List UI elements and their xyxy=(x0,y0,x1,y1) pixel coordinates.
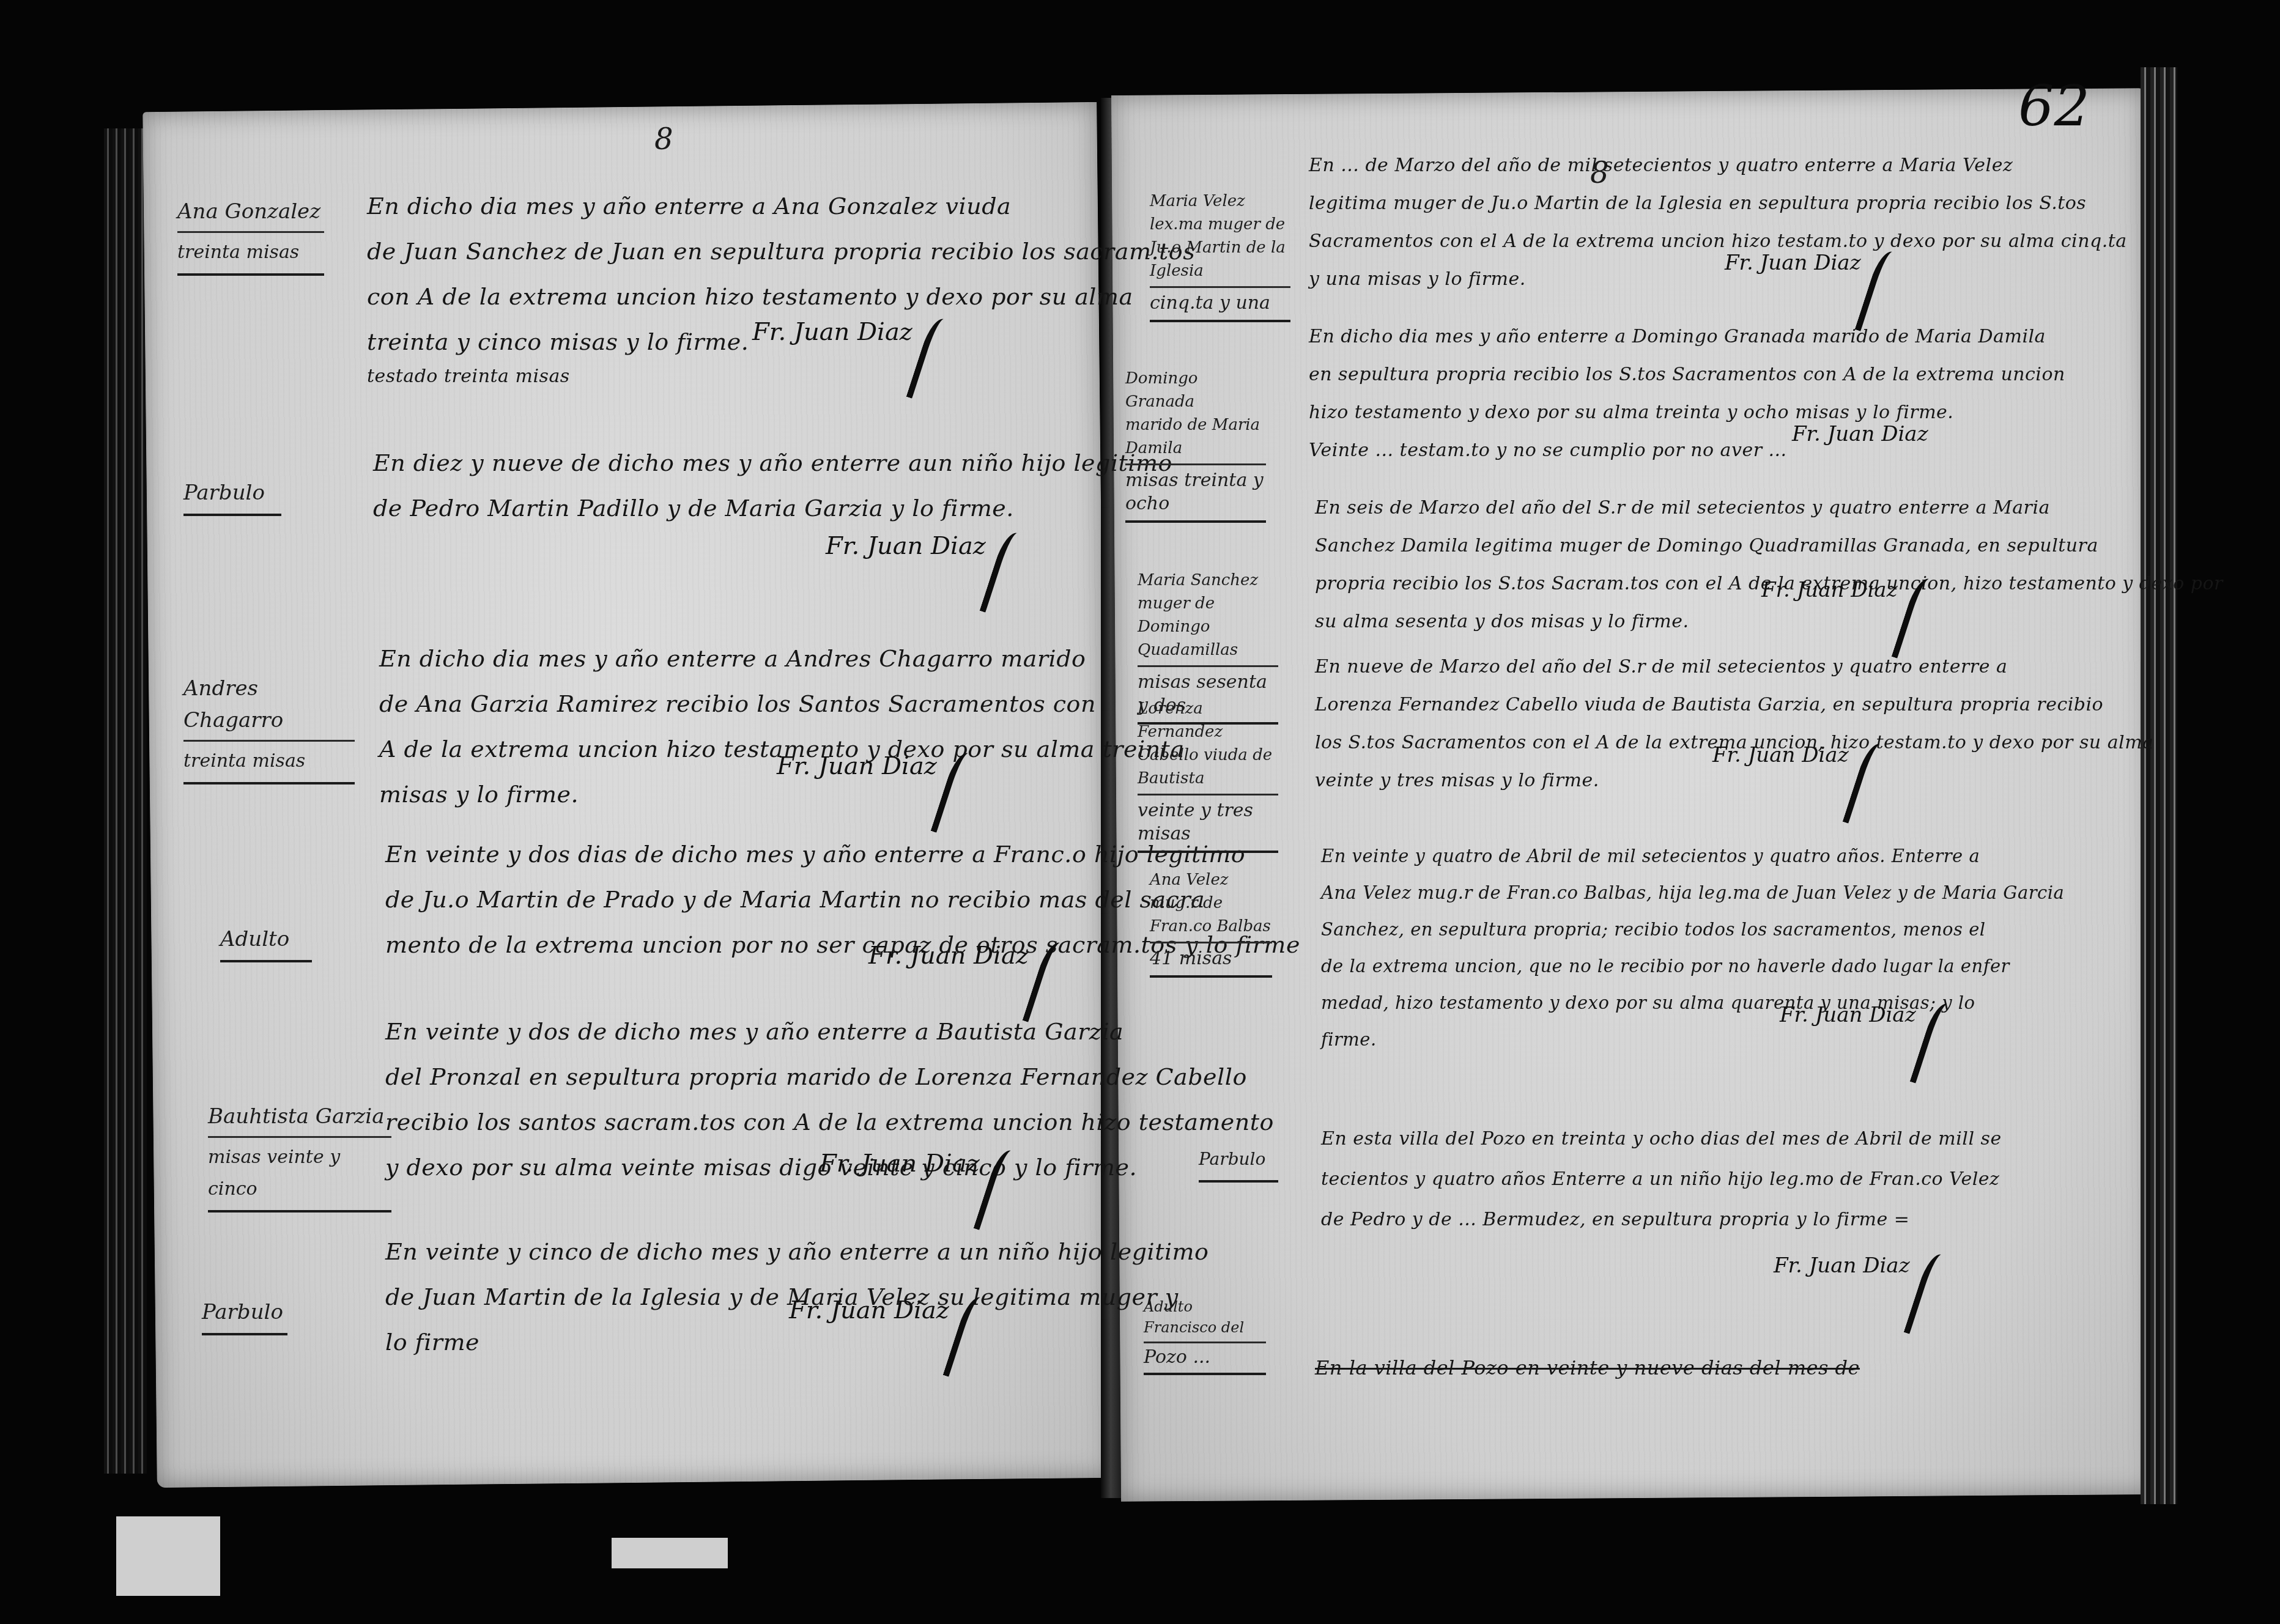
margin-note: Maria Velez lex.ma muger de Ju.o Martin … xyxy=(1150,190,1290,322)
margin-detail: Pozo ... xyxy=(1144,1342,1266,1368)
margin-name: Domingo Granada xyxy=(1125,369,1198,411)
burial-entry: En dicho dia mes y año enterre a Domingo… xyxy=(1309,318,2065,470)
entry-line: Veinte ... testam.to y no se cumplio por… xyxy=(1309,432,2065,470)
burial-entry: En esta villa del Pozo en treinta y ocho… xyxy=(1321,1119,2002,1240)
entry-line: de Pedro Martin Padillo y de Maria Garzi… xyxy=(373,485,1172,531)
margin-name: Lorenza Fernandez xyxy=(1138,699,1223,741)
margin-note: Domingo Granada marido de Maria Damila m… xyxy=(1125,367,1266,523)
entry-line: de Pedro y de ... Bermudez, en sepultura… xyxy=(1321,1200,2002,1240)
top-flourish-left: 8 xyxy=(654,122,673,157)
margin-masses: misas treinta y ocho xyxy=(1125,463,1266,515)
entry-line: En la villa del Pozo en veinte y nueve d… xyxy=(1315,1345,1860,1390)
register-spread: 62 8 8 Ana Gonzalez treinta misas En dic… xyxy=(0,0,2280,1624)
priest-signature: Fr. Juan Diaz xyxy=(826,532,1023,618)
entry-line: En dicho dia mes y año enterre a Andres … xyxy=(379,636,1185,681)
margin-name: Adulto xyxy=(1144,1298,1193,1315)
margin-note: Andres Chagarro treinta misas xyxy=(183,673,355,784)
entry-line: del Pronzal en sepultura propria marido … xyxy=(385,1054,1274,1099)
margin-name: Maria Sanchez xyxy=(1138,571,1258,589)
entry-line: de Ana Garzia Ramirez recibio los Santos… xyxy=(379,681,1185,726)
priest-signature: Fr. Juan Diaz xyxy=(1774,1253,1947,1339)
margin-masses: misas veinte y cinco xyxy=(208,1136,391,1205)
margin-note: Parbulo xyxy=(1199,1143,1278,1183)
entry-line: En diez y nueve de dicho mes y año enter… xyxy=(373,440,1172,485)
entry-line: recibio los santos sacram.tos con A de l… xyxy=(385,1099,1274,1145)
margin-note: Ana Velez mug.r de Fran.co Balbas 41 mis… xyxy=(1150,868,1272,978)
priest-signature: Fr. Juan Diaz xyxy=(777,752,974,838)
entry-line: Sacramentos con el A de la extrema uncio… xyxy=(1309,223,2127,260)
margin-name: Maria Velez xyxy=(1150,192,1245,210)
margin-name: Ana Gonzalez xyxy=(177,199,320,224)
margin-note: Bauhtista Garzia misas veinte y cinco xyxy=(208,1101,391,1212)
margin-name: Parbulo xyxy=(183,481,265,505)
margin-relation: mug.r de Fran.co Balbas xyxy=(1150,894,1271,936)
entry-line: En nueve de Marzo del año del S.r de mil… xyxy=(1315,648,2153,686)
margin-note: Lorenza Fernandez Cabello viuda de Bauti… xyxy=(1138,697,1278,853)
entry-line: En ... de Marzo del año de mil setecient… xyxy=(1309,147,2127,185)
margin-name: Ana Velez xyxy=(1150,871,1228,889)
margin-name: Adulto xyxy=(220,927,289,951)
entry-line: Sanchez, en sepultura propria; recibio t… xyxy=(1321,911,2064,948)
margin-masses: treinta misas xyxy=(177,231,324,268)
margin-masses: treinta misas xyxy=(183,740,355,777)
margin-note: Parbulo xyxy=(183,477,281,516)
entry-line: Lorenza Fernandez Cabello viuda de Bauti… xyxy=(1315,686,2153,724)
entry-line: Sanchez Damila legitima muger de Domingo… xyxy=(1315,527,2223,565)
folio-number: 62 xyxy=(2018,73,2090,139)
margin-masses: 41 misas xyxy=(1150,942,1272,970)
burial-entry: En diez y nueve de dicho mes y año enter… xyxy=(373,440,1172,531)
priest-signature: Fr. Juan Diaz xyxy=(789,1296,986,1382)
entry-line: En dicho dia mes y año enterre a Ana Gon… xyxy=(367,183,1195,229)
entry-line: legitima muger de Ju.o Martin de la Igle… xyxy=(1309,185,2127,223)
margin-note: Ana Gonzalez treinta misas xyxy=(177,196,324,276)
entry-line: Ana Velez mug.r de Fran.co Balbas, hija … xyxy=(1321,874,2064,911)
margin-relation: muger de Domingo Quadamillas xyxy=(1138,594,1238,659)
entry-line: En dicho dia mes y año enterre a Domingo… xyxy=(1309,318,2065,356)
entry-line: de Juan Sanchez de Juan en sepultura pro… xyxy=(367,229,1195,274)
entry-line: en sepultura propria recibio los S.tos S… xyxy=(1309,356,2065,394)
burial-entry: En ... de Marzo del año de mil setecient… xyxy=(1309,147,2127,298)
margin-note: Adulto Francisco del Pozo ... xyxy=(1144,1296,1266,1375)
struck-burial-entry: En la villa del Pozo en veinte y nueve d… xyxy=(1315,1345,1860,1390)
entry-line: En veinte y dos de dicho mes y año enter… xyxy=(385,1009,1274,1054)
margin-note: Parbulo xyxy=(202,1296,287,1335)
margin-name: Bauhtista Garzia xyxy=(208,1104,385,1129)
priest-signature: Fr. Juan Diaz xyxy=(1712,743,1886,829)
margin-relation: Francisco del xyxy=(1144,1319,1244,1336)
scan-tab-bottom xyxy=(612,1538,728,1568)
margin-masses: veinte y tres misas xyxy=(1138,794,1278,846)
margin-name: Parbulo xyxy=(202,1300,283,1324)
margin-name: Andres Chagarro xyxy=(183,676,283,733)
entry-line: con A de la extrema uncion hizo testamen… xyxy=(367,274,1195,319)
entry-line: En seis de Marzo del año del S.r de mil … xyxy=(1315,489,2223,527)
entry-line: En veinte y cinco de dicho mes y año ent… xyxy=(385,1229,1208,1274)
priest-signature: Fr. Juan Diaz xyxy=(820,1150,1016,1235)
margin-relation: lex.ma muger de Ju.o Martin de la Iglesi… xyxy=(1150,215,1286,280)
margin-note: Adulto xyxy=(220,923,312,962)
entry-line: En esta villa del Pozo en treinta y ocho… xyxy=(1321,1119,2002,1159)
book-edge-left xyxy=(104,128,147,1474)
entry-line: y una misas y lo firme. xyxy=(1309,260,2127,298)
margin-name: Parbulo xyxy=(1199,1149,1265,1169)
entry-line: de la extrema uncion, que no le recibio … xyxy=(1321,948,2064,984)
priest-signature: Fr. Juan Diaz xyxy=(1780,1003,1953,1088)
priest-signature: Fr. Juan Diaz xyxy=(752,318,949,404)
scan-tab-left xyxy=(116,1516,220,1596)
margin-masses: cinq.ta y una xyxy=(1150,286,1290,315)
entry-line: En veinte y quatro de Abril de mil setec… xyxy=(1321,838,2064,874)
margin-relation: marido de Maria Damila xyxy=(1125,416,1260,457)
margin-relation: Cabello viuda de Bautista xyxy=(1138,746,1272,788)
entry-line: hizo testamento y dexo por su alma trein… xyxy=(1309,394,2065,432)
entry-line: tecientos y quatro años Enterre a un niñ… xyxy=(1321,1159,2002,1200)
priest-signature: Fr. Juan Diaz xyxy=(1792,422,1928,446)
